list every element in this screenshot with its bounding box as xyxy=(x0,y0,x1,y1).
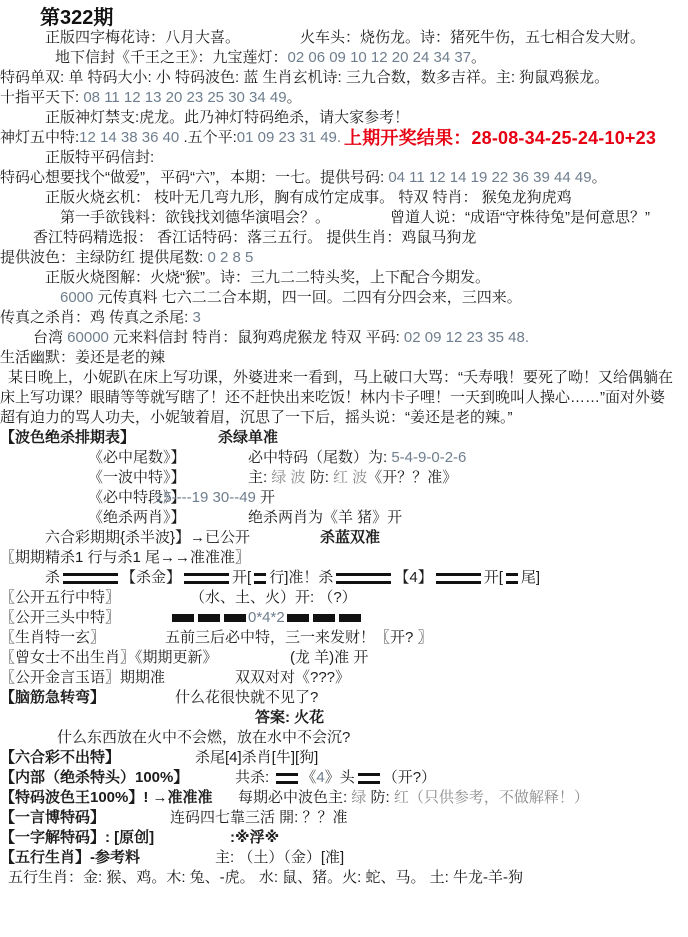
text-segment: 生活幽默：姜还是老的辣 xyxy=(0,349,165,366)
text-chunk: 生活幽默：姜还是老的辣 xyxy=(0,348,165,368)
text-chunk: 【波色绝杀排期表】 xyxy=(0,428,135,448)
double-bar-glyph xyxy=(254,573,266,584)
text-segment: 《必中尾数》】 xyxy=(88,449,186,466)
text-line: 正版火烧图解：火烧“猴”。诗：三九二二特头奖，上下配合今期发。 xyxy=(0,268,688,288)
text-segment: 3 xyxy=(193,309,201,326)
text-line: 正版特平码信封: xyxy=(0,148,688,168)
double-bar-glyph xyxy=(276,773,298,784)
text-segment: 4 xyxy=(316,769,324,786)
text-chunk: 【内部（绝杀特头）100%】 xyxy=(0,768,188,788)
text-segment: 》头 xyxy=(325,769,355,786)
text-segment: 尾] xyxy=(521,569,540,586)
text-line: 【内部（绝杀特头）100%】共杀: 《4》头（开?） xyxy=(0,768,688,788)
text-segment: 〖公开金言玉语〗期期准 xyxy=(0,669,165,686)
text-chunk: 双双对对《???》 xyxy=(235,668,350,688)
text-segment: 十指平天下: xyxy=(0,89,83,106)
text-segment: 12 14 38 36 40 xyxy=(79,129,183,146)
text-segment: 超有迫力的骂人功夫，小妮皱着眉，沉思了一下后，摇头说：“姜还是老的辣。” xyxy=(0,409,513,426)
double-bar-glyph xyxy=(336,573,391,584)
text-segment: 〖生肖特一玄〗 xyxy=(0,629,105,646)
text-line: 传真之杀肖：鸡 传真之杀尾: 3 xyxy=(0,308,688,328)
text-segment: 02 06 09 10 12 20 24 34 37 xyxy=(288,49,472,66)
text-segment: 《一波中特》】 xyxy=(88,469,186,486)
text-line: 【特码波色王100%】! →准准准每期必中波色主: 绿 防: 红（只供参考，不做… xyxy=(0,788,688,808)
text-line: 正版神灯禁支:虎龙。此乃神灯特码绝杀，请大家参考！ xyxy=(0,108,688,128)
text-segment: 元传真料 七六二二合本期，四一回。二四有分四会来，三四来。 xyxy=(98,289,522,306)
text-chunk: 每期必中波色主: 绿 防: 红（只供参考，不做解释！） xyxy=(238,788,589,808)
text-segment: 正版火烧图解：火烧“猴”。诗：三九二二特头奖，上下配合今期发。 xyxy=(45,269,490,286)
text-segment: 15----19 30--49 xyxy=(155,489,260,506)
text-chunk: 曾道人说：“成语“守株待兔”是何意思？” xyxy=(390,208,650,228)
text-line: 六合彩期期{杀半波}】→已公开杀蓝双准 xyxy=(0,528,688,548)
text-chunk: 提供波色：主绿防红 提供尾数: 0 2 8 5 xyxy=(0,248,253,268)
text-chunk: 特码单双: 单 特码大小: 小 特码波色: 蓝 生肖玄机诗: 三九合数，数多吉祥… xyxy=(0,68,609,88)
text-segment: 正版火烧玄机： 枝叶无几弯九形，胸有成竹定成事。 特双 特肖： 猴兔龙狗虎鸡 xyxy=(45,189,572,206)
double-bar-glyph xyxy=(506,573,518,584)
text-segment: 《绝杀两肖》】 xyxy=(88,509,186,526)
text-segment: 04 11 12 14 19 22 36 39 44 49 xyxy=(388,169,591,186)
text-line: 【五行生肖】-参考料主: （土）（金）[准] xyxy=(0,848,688,868)
text-segment: 床上写功课？眼睛等等就写瞎了！还不赶快出来吃饭！林内卡子哩！一天到晚叫人操心……… xyxy=(0,389,665,406)
text-chunk: （水、土、火）开: （?） xyxy=(190,588,357,608)
text-segment: 0 2 8 5 xyxy=(208,249,254,266)
text-chunk: 【脑筋急转弯】 xyxy=(0,688,105,708)
text-line: 第322期 xyxy=(0,8,688,28)
text-chunk: 超有迫力的骂人功夫，小妮皱着眉，沉思了一下后，摇头说：“姜还是老的辣。” xyxy=(0,408,513,428)
text-segment: 第322期 xyxy=(40,7,113,29)
text-line: 特码单双: 单 特码大小: 小 特码波色: 蓝 生肖玄机诗: 三九合数，数多吉祥… xyxy=(0,68,688,88)
text-chunk: 火车头：烧伤龙。诗：猪死牛伤，五七相合发大财。 xyxy=(300,28,645,48)
text-chunk: 正版神灯禁支:虎龙。此乃神灯特码绝杀，请大家参考！ xyxy=(45,108,409,128)
text-segment: 正版神灯禁支:虎龙。此乃神灯特码绝杀，请大家参考！ xyxy=(45,109,409,126)
text-line: 正版火烧玄机： 枝叶无几弯九形，胸有成竹定成事。 特双 特肖： 猴兔龙狗虎鸡 xyxy=(0,188,688,208)
text-segment: 〖曾女士不出生肖〗《期期更新》 xyxy=(0,649,218,666)
text-segment: 〖期期精杀1 行与杀1 尾→→准准准〗 xyxy=(0,549,250,566)
text-segment: 【波色绝杀排期表】 xyxy=(0,429,135,446)
text-line: 正版四字梅花诗：八月大喜。火车头：烧伤龙。诗：猪死牛伤，五七相合发大财。 xyxy=(0,28,688,48)
text-line: 【六合彩不出特】杀尾[4]杀肖[牛][狗] xyxy=(0,748,688,768)
text-segment: 红 xyxy=(394,789,409,806)
text-chunk: 十指平天下: 08 11 12 13 20 23 25 30 34 49。 xyxy=(0,88,302,108)
text-segment: 正版特平码信封: xyxy=(45,149,154,166)
text-chunk: 【五行生肖】-参考料 xyxy=(0,848,140,868)
text-segment: 香江特码精选报： 香江话特码：落三五行。 提供生肖：鸡鼠马狗龙 xyxy=(33,229,476,246)
text-chunk: 15----19 30--49 开 xyxy=(155,488,275,508)
text-segment: 。 xyxy=(287,89,302,106)
solid-bar-glyph xyxy=(172,614,194,622)
text-segment: 某日晚上，小妮趴在床上写功课，外婆进来一看到，马上破口大骂：“夭寿哦！要死了呦！… xyxy=(8,369,673,386)
text-segment: 五行生肖：金: 猴、鸡。木: 兔、-虎。 水: 鼠、猪。火: 蛇、马。 土: 牛… xyxy=(8,869,523,886)
text-segment: 〖公开五行中特〗 xyxy=(0,589,120,606)
text-chunk: 【一言博特码】 xyxy=(0,808,105,828)
text-segment: 。 xyxy=(471,49,486,66)
text-segment: 【4】 xyxy=(394,569,432,586)
text-segment: 特码单双: 单 特码大小: 小 特码波色: 蓝 生肖玄机诗: 三九合数，数多吉祥… xyxy=(0,69,609,86)
text-chunk: 【一字解特码】: [原创] xyxy=(0,828,154,848)
text-chunk: 某日晚上，小妮趴在床上写功课，外婆进来一看到，马上破口大骂：“夭寿哦！要死了呦！… xyxy=(8,368,673,388)
text-chunk: 传真之杀肖：鸡 传真之杀尾: 3 xyxy=(0,308,201,328)
text-segment: 六合彩期期{杀半波}】→已公开 xyxy=(45,529,250,546)
text-line: 特码心想要找个“做爱”，平码“六”，本期：一七。提供号码: 04 11 12 1… xyxy=(0,168,688,188)
text-line: 床上写功课？眼睛等等就写瞎了！还不赶快出来吃饭！林内卡子哩！一天到晚叫人操心……… xyxy=(0,388,688,408)
text-line: 〖生肖特一玄〗五前三后必中特，三一来发财！〖开? 〗 xyxy=(0,628,688,648)
text-line: 提供波色：主绿防红 提供尾数: 0 2 8 5 xyxy=(0,248,688,268)
text-segment: 神灯五中特: xyxy=(0,129,79,146)
text-segment: (龙 羊)准 开 xyxy=(290,649,368,666)
text-segment: 《开？？准》 xyxy=(367,469,457,486)
text-chunk: 五前三后必中特，三一来发财！〖开? 〗 xyxy=(165,628,433,648)
text-segment: 杀 xyxy=(45,569,60,586)
text-segment: 【五行生肖】-参考料 xyxy=(0,849,140,866)
text-line: 神灯五中特:12 14 38 36 40 .五个平:01 09 23 31 49… xyxy=(0,128,688,148)
text-segment: 传真之杀肖：鸡 传真之杀尾: xyxy=(0,309,193,326)
text-segment: 。 xyxy=(592,169,607,186)
text-line: 【一言博特码】连码四七靠三活 開: ？？准 xyxy=(0,808,688,828)
text-chunk: 连码四七靠三活 開: ？？准 xyxy=(170,808,348,828)
text-chunk: 床上写功课？眼睛等等就写瞎了！还不赶快出来吃饭！林内卡子哩！一天到晚叫人操心……… xyxy=(0,388,665,408)
text-segment: 正版四字梅花诗：八月大喜。 xyxy=(45,29,240,46)
text-line: 〖曾女士不出生肖〗《期期更新》(龙 羊)准 开 xyxy=(0,648,688,668)
text-chunk: 《一波中特》】 xyxy=(88,468,186,488)
text-segment: 绿 xyxy=(351,789,366,806)
text-segment: 双双对对《???》 xyxy=(235,669,350,686)
text-segment: 防: xyxy=(366,789,394,806)
text-segment: （开?） xyxy=(383,769,436,786)
text-chunk: 香江特码精选报： 香江话特码：落三五行。 提供生肖：鸡鼠马狗龙 xyxy=(33,228,476,248)
solid-bar-glyph xyxy=(224,614,246,622)
text-line: 6000 元传真料 七六二二合本期，四一回。二四有分四会来，三四来。 xyxy=(0,288,688,308)
text-line: 十指平天下: 08 11 12 13 20 23 25 30 34 49。 xyxy=(0,88,688,108)
text-line: 某日晚上，小妮趴在床上写功课，外婆进来一看到，马上破口大骂：“夭寿哦！要死了呦！… xyxy=(0,368,688,388)
text-segment: 红 波 xyxy=(333,469,367,486)
text-segment: 行]准！杀 xyxy=(269,569,333,586)
text-segment: 台湾 xyxy=(33,329,67,346)
text-chunk: 6000 元传真料 七六二二合本期，四一回。二四有分四会来，三四来。 xyxy=(60,288,522,308)
text-chunk: 【特码波色王100%】! →准准准 xyxy=(0,788,213,808)
text-segment: 01 09 23 31 49. xyxy=(237,129,341,146)
text-chunk: 0*4*2 xyxy=(170,608,363,628)
text-chunk: 正版火烧玄机： 枝叶无几弯九形，胸有成竹定成事。 特双 特肖： 猴兔龙狗虎鸡 xyxy=(45,188,572,208)
text-segment: 【六合彩不出特】 xyxy=(0,749,120,766)
text-segment: 〖公开三头中特〗 xyxy=(0,609,120,626)
text-chunk: 神灯五中特:12 14 38 36 40 .五个平:01 09 23 31 49… xyxy=(0,128,341,148)
text-segment: 火车头：烧伤龙。诗：猪死牛伤，五七相合发大财。 xyxy=(300,29,645,46)
text-segment: 杀绿单准 xyxy=(218,429,278,446)
text-line: 【脑筋急转弯】什么花很快就不见了? xyxy=(0,688,688,708)
text-segment: （只供参考，不做解释！） xyxy=(409,789,589,806)
text-segment: 每期必中波色主: xyxy=(238,789,351,806)
text-segment: 共杀: xyxy=(235,769,273,786)
solid-bar-glyph xyxy=(313,614,335,622)
text-segment: 【特码波色王100%】! →准准准 xyxy=(0,789,213,806)
text-segment: 五前三后必中特，三一来发财！〖开? 〗 xyxy=(165,629,433,646)
text-chunk: 主: （土）（金）[准] xyxy=(215,848,344,868)
text-line: 答案: 火花 xyxy=(0,708,688,728)
text-segment: 连码四七靠三活 開: ？？准 xyxy=(170,809,348,826)
text-segment: 提供波色：主绿防红 提供尾数: xyxy=(0,249,208,266)
text-line: 台湾 60000 元来料信封 特肖：鼠狗鸡虎猴龙 特双 平码: 02 09 12… xyxy=(0,328,688,348)
text-chunk: 〖生肖特一玄〗 xyxy=(0,628,105,648)
text-chunk: 什么花很快就不见了? xyxy=(175,688,318,708)
text-line: 〖公开金言玉语〗期期准双双对对《???》 xyxy=(0,668,688,688)
text-chunk: 必中特码（尾数）为: 5-4-9-0-2-6 xyxy=(248,448,466,468)
text-line: 《必中尾数》】必中特码（尾数）为: 5-4-9-0-2-6 xyxy=(0,448,688,468)
text-chunk: 共杀: 《4》头（开?） xyxy=(235,768,436,788)
issue-title: 第322期 xyxy=(40,8,113,30)
text-chunk: 地下信封《千王之王》：九宝莲灯：02 06 09 10 12 20 24 34 … xyxy=(55,48,486,68)
text-line: 什么东西放在火中不会燃，放在水中不会沉? xyxy=(0,728,688,748)
text-segment: 【杀金】 xyxy=(121,569,181,586)
text-line: 生活幽默：姜还是老的辣 xyxy=(0,348,688,368)
text-chunk: (龙 羊)准 开 xyxy=(290,648,368,668)
text-segment: 地下信封《千王之王》：九宝莲灯： xyxy=(55,49,288,66)
text-chunk: 什么东西放在火中不会燃，放在水中不会沉? xyxy=(57,728,350,748)
lottery-tip-sheet: 第322期正版四字梅花诗：八月大喜。火车头：烧伤龙。诗：猪死牛伤，五七相合发大财… xyxy=(0,0,688,937)
text-chunk: 正版火烧图解：火烧“猴”。诗：三九二二特头奖，上下配合今期发。 xyxy=(45,268,490,288)
text-line: 地下信封《千王之王》：九宝莲灯：02 06 09 10 12 20 24 34 … xyxy=(0,48,688,68)
text-segment: 特码心想要找个“做爱”，平码“六”，本期：一七。提供号码: xyxy=(0,169,388,186)
text-segment: 主: xyxy=(248,469,271,486)
text-segment: 必中特码（尾数）为: xyxy=(248,449,391,466)
text-segment: 开 xyxy=(260,489,275,506)
text-line: 【一字解特码】: [原创]:※浮※ xyxy=(0,828,688,848)
text-line: 〖公开三头中特〗0*4*2 xyxy=(0,608,688,628)
text-segment: 【内部（绝杀特头）100%】 xyxy=(0,769,188,786)
text-chunk: 杀绿单准 xyxy=(218,428,278,448)
text-segment: 杀蓝双准 xyxy=(320,529,380,546)
text-segment: 【脑筋急转弯】 xyxy=(0,689,105,706)
text-chunk: 五行生肖：金: 猴、鸡。木: 兔、-虎。 水: 鼠、猪。火: 蛇、马。 土: 牛… xyxy=(8,868,523,888)
riddle-answer: 答案: 火花 xyxy=(255,708,324,728)
text-chunk: 【六合彩不出特】 xyxy=(0,748,120,768)
text-segment: 主: （土）（金）[准] xyxy=(215,849,344,866)
solid-bar-glyph xyxy=(287,614,309,622)
text-chunk: 台湾 60000 元来料信封 特肖：鼠狗鸡虎猴龙 特双 平码: 02 09 12… xyxy=(33,328,529,348)
double-bar-glyph xyxy=(436,573,481,584)
text-segment: 【一言博特码】 xyxy=(0,809,105,826)
text-chunk: 杀【杀金】开[行]准！杀【4】开[尾] xyxy=(45,568,540,588)
text-segment: 5-4-9-0-2-6 xyxy=(391,449,466,466)
text-chunk: 第一手欲钱料：欲钱找刘德华演唱会？。 xyxy=(60,208,330,228)
text-segment: 答案: 火花 xyxy=(255,709,324,726)
double-bar-glyph xyxy=(184,573,229,584)
text-chunk: 特码心想要找个“做爱”，平码“六”，本期：一七。提供号码: 04 11 12 1… xyxy=(0,168,607,188)
text-segment: 02 09 12 23 35 48. xyxy=(404,329,529,346)
text-chunk: 六合彩期期{杀半波}】→已公开 xyxy=(45,528,250,548)
text-chunk: 〖公开三头中特〗 xyxy=(0,608,120,628)
text-chunk: 〖期期精杀1 行与杀1 尾→→准准准〗 xyxy=(0,548,250,568)
text-chunk: :※浮※ xyxy=(230,828,279,848)
text-line: 〖期期精杀1 行与杀1 尾→→准准准〗 xyxy=(0,548,688,568)
text-line: 【波色绝杀排期表】杀绿单准 xyxy=(0,428,688,448)
text-chunk: 《必中尾数》】 xyxy=(88,448,186,468)
text-segment: 防: xyxy=(310,469,333,486)
text-line: 香江特码精选报： 香江话特码：落三五行。 提供生肖：鸡鼠马狗龙 xyxy=(0,228,688,248)
text-segment: 《 xyxy=(301,769,316,786)
text-segment: :※浮※ xyxy=(230,829,279,846)
text-segment: 开[ xyxy=(232,569,251,586)
text-segment: 曾道人说：“成语“守株待兔”是何意思？” xyxy=(390,209,650,226)
text-segment: 什么花很快就不见了? xyxy=(175,689,318,706)
text-line: 杀【杀金】开[行]准！杀【4】开[尾] xyxy=(0,568,688,588)
text-chunk: 杀蓝双准 xyxy=(320,528,380,548)
text-line: 《必中特段》】15----19 30--49 开 xyxy=(0,488,688,508)
text-segment: 6000 xyxy=(60,289,98,306)
text-segment: 什么东西放在火中不会燃，放在水中不会沉? xyxy=(57,729,350,746)
double-bar-glyph xyxy=(63,573,118,584)
text-segment: .五个平: xyxy=(183,129,236,146)
last-draw-result: 上期开奖结果：28-08-34-25-24-10+23 xyxy=(344,128,656,150)
text-segment: 绝杀两肖为《羊 猪》开 xyxy=(248,509,402,526)
text-segment: 绿 波 xyxy=(271,469,309,486)
solid-bar-glyph xyxy=(339,614,361,622)
text-line: 超有迫力的骂人功夫，小妮皱着眉，沉思了一下后，摇头说：“姜还是老的辣。” xyxy=(0,408,688,428)
text-chunk: 绝杀两肖为《羊 猪》开 xyxy=(248,508,402,528)
text-segment: 60000 xyxy=(67,329,113,346)
text-segment: 08 11 12 13 20 23 25 30 34 49 xyxy=(83,89,286,106)
text-line: 五行生肖：金: 猴、鸡。木: 兔、-虎。 水: 鼠、猪。火: 蛇、马。 土: 牛… xyxy=(0,868,688,888)
text-chunk: 正版四字梅花诗：八月大喜。 xyxy=(45,28,240,48)
text-segment: （水、土、火）开: （?） xyxy=(190,589,357,606)
text-segment: 0*4*2 xyxy=(248,609,285,626)
text-line: 《绝杀两肖》】绝杀两肖为《羊 猪》开 xyxy=(0,508,688,528)
text-segment: 开[ xyxy=(484,569,503,586)
text-chunk: 正版特平码信封: xyxy=(45,148,154,168)
double-bar-glyph xyxy=(358,773,380,784)
text-segment: 元来料信封 特肖：鼠狗鸡虎猴龙 特双 平码: xyxy=(113,329,404,346)
text-segment: 杀尾[4]杀肖[牛][狗] xyxy=(195,749,318,766)
text-line: 〖公开五行中特〗（水、土、火）开: （?） xyxy=(0,588,688,608)
text-line: 第一手欲钱料：欲钱找刘德华演唱会？。曾道人说：“成语“守株待兔”是何意思？” xyxy=(0,208,688,228)
text-segment: 上期开奖结果：28-08-34-25-24-10+23 xyxy=(344,128,656,148)
text-chunk: 杀尾[4]杀肖[牛][狗] xyxy=(195,748,318,768)
solid-bar-glyph xyxy=(198,614,220,622)
text-line: 《一波中特》】主: 绿 波 防: 红 波《开？？准》 xyxy=(0,468,688,488)
text-chunk: 〖公开五行中特〗 xyxy=(0,588,120,608)
text-chunk: 主: 绿 波 防: 红 波《开？？准》 xyxy=(248,468,457,488)
text-segment: 【一字解特码】: [原创] xyxy=(0,829,154,846)
text-chunk: 〖公开金言玉语〗期期准 xyxy=(0,668,165,688)
text-chunk: 〖曾女士不出生肖〗《期期更新》 xyxy=(0,648,218,668)
text-chunk: 《绝杀两肖》】 xyxy=(88,508,186,528)
text-segment: 第一手欲钱料：欲钱找刘德华演唱会？。 xyxy=(60,209,330,226)
